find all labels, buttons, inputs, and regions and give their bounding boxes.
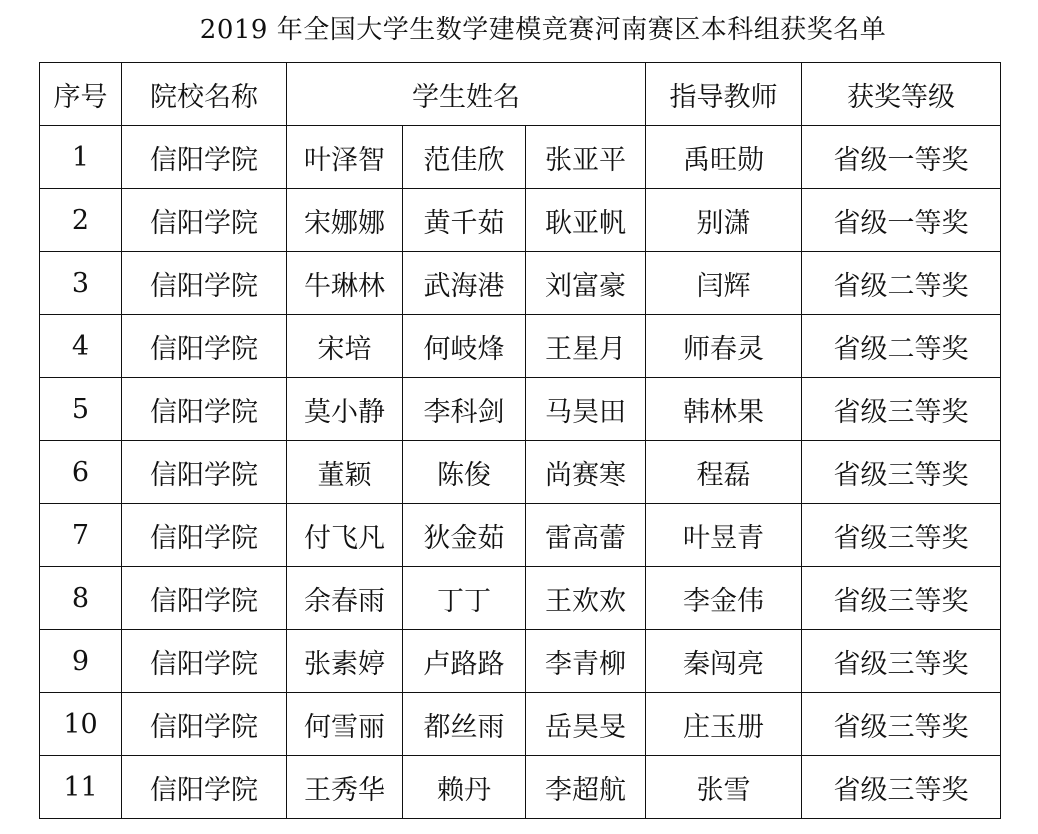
cell-student-3: 李超航: [526, 756, 646, 819]
cell-teacher: 庄玉册: [646, 693, 802, 756]
cell-student-2: 都丝雨: [403, 693, 526, 756]
table-row: 2 信阳学院 宋娜娜 黄千茹 耿亚帆 别潇 省级一等奖: [40, 189, 1001, 252]
table-row: 6 信阳学院 董颖 陈俊 尚赛寒 程磊 省级三等奖: [40, 441, 1001, 504]
cell-school: 信阳学院: [122, 252, 287, 315]
cell-no: 8: [40, 567, 122, 630]
cell-student-1: 余春雨: [287, 567, 403, 630]
cell-school: 信阳学院: [122, 378, 287, 441]
cell-award: 省级三等奖: [802, 378, 1001, 441]
cell-no: 9: [40, 630, 122, 693]
cell-student-2: 赖丹: [403, 756, 526, 819]
cell-teacher: 闫辉: [646, 252, 802, 315]
cell-student-3: 王星月: [526, 315, 646, 378]
cell-teacher: 别潇: [646, 189, 802, 252]
cell-student-1: 莫小静: [287, 378, 403, 441]
cell-award: 省级二等奖: [802, 315, 1001, 378]
cell-teacher: 叶昱青: [646, 504, 802, 567]
cell-award: 省级二等奖: [802, 252, 1001, 315]
cell-student-2: 李科剑: [403, 378, 526, 441]
table-row: 5 信阳学院 莫小静 李科剑 马昊田 韩林果 省级三等奖: [40, 378, 1001, 441]
cell-student-1: 叶泽智: [287, 126, 403, 189]
cell-award: 省级三等奖: [802, 567, 1001, 630]
table-row: 11 信阳学院 王秀华 赖丹 李超航 张雪 省级三等奖: [40, 756, 1001, 819]
cell-student-2: 狄金茹: [403, 504, 526, 567]
cell-student-3: 王欢欢: [526, 567, 646, 630]
cell-student-1: 王秀华: [287, 756, 403, 819]
cell-student-2: 卢路路: [403, 630, 526, 693]
cell-award: 省级三等奖: [802, 693, 1001, 756]
cell-student-1: 付飞凡: [287, 504, 403, 567]
cell-student-1: 宋娜娜: [287, 189, 403, 252]
cell-student-1: 何雪丽: [287, 693, 403, 756]
cell-student-3: 耿亚帆: [526, 189, 646, 252]
table-row: 3 信阳学院 牛琳林 武海港 刘富豪 闫辉 省级二等奖: [40, 252, 1001, 315]
cell-teacher: 师春灵: [646, 315, 802, 378]
cell-no: 3: [40, 252, 122, 315]
header-school: 院校名称: [122, 63, 287, 126]
cell-student-3: 张亚平: [526, 126, 646, 189]
cell-no: 2: [40, 189, 122, 252]
cell-student-3: 刘富豪: [526, 252, 646, 315]
cell-student-2: 何岐烽: [403, 315, 526, 378]
document-title: 2019 年全国大学生数学建模竞赛河南赛区本科组获奖名单: [0, 12, 1038, 48]
cell-student-2: 黄千茹: [403, 189, 526, 252]
cell-school: 信阳学院: [122, 630, 287, 693]
cell-school: 信阳学院: [122, 756, 287, 819]
cell-teacher: 李金伟: [646, 567, 802, 630]
cell-student-1: 董颖: [287, 441, 403, 504]
cell-award: 省级三等奖: [802, 441, 1001, 504]
cell-teacher: 张雪: [646, 756, 802, 819]
cell-teacher: 秦闯亮: [646, 630, 802, 693]
cell-student-1: 宋培: [287, 315, 403, 378]
header-award: 获奖等级: [802, 63, 1001, 126]
cell-student-1: 张素婷: [287, 630, 403, 693]
cell-award: 省级三等奖: [802, 504, 1001, 567]
cell-student-2: 陈俊: [403, 441, 526, 504]
header-no: 序号: [40, 63, 122, 126]
cell-award: 省级三等奖: [802, 630, 1001, 693]
cell-student-2: 丁丁: [403, 567, 526, 630]
table-row: 8 信阳学院 余春雨 丁丁 王欢欢 李金伟 省级三等奖: [40, 567, 1001, 630]
cell-student-1: 牛琳林: [287, 252, 403, 315]
cell-student-2: 范佳欣: [403, 126, 526, 189]
table-header-row: 序号 院校名称 学生姓名 指导教师 获奖等级: [40, 63, 1001, 126]
cell-school: 信阳学院: [122, 504, 287, 567]
cell-no: 1: [40, 126, 122, 189]
award-list-table: 序号 院校名称 学生姓名 指导教师 获奖等级 1 信阳学院 叶泽智 范佳欣 张亚…: [39, 62, 1001, 819]
table-row: 1 信阳学院 叶泽智 范佳欣 张亚平 禹旺勋 省级一等奖: [40, 126, 1001, 189]
cell-school: 信阳学院: [122, 441, 287, 504]
cell-student-3: 尚赛寒: [526, 441, 646, 504]
table-row: 7 信阳学院 付飞凡 狄金茹 雷高蕾 叶昱青 省级三等奖: [40, 504, 1001, 567]
header-teacher: 指导教师: [646, 63, 802, 126]
cell-school: 信阳学院: [122, 315, 287, 378]
cell-student-3: 岳昊旻: [526, 693, 646, 756]
cell-student-3: 雷高蕾: [526, 504, 646, 567]
cell-no: 4: [40, 315, 122, 378]
cell-no: 7: [40, 504, 122, 567]
cell-teacher: 禹旺勋: [646, 126, 802, 189]
cell-teacher: 韩林果: [646, 378, 802, 441]
cell-award: 省级一等奖: [802, 126, 1001, 189]
cell-no: 5: [40, 378, 122, 441]
cell-student-2: 武海港: [403, 252, 526, 315]
cell-student-3: 马昊田: [526, 378, 646, 441]
cell-school: 信阳学院: [122, 189, 287, 252]
cell-teacher: 程磊: [646, 441, 802, 504]
header-students: 学生姓名: [287, 63, 646, 126]
cell-student-3: 李青柳: [526, 630, 646, 693]
table-row: 4 信阳学院 宋培 何岐烽 王星月 师春灵 省级二等奖: [40, 315, 1001, 378]
cell-no: 10: [40, 693, 122, 756]
cell-school: 信阳学院: [122, 126, 287, 189]
cell-no: 6: [40, 441, 122, 504]
cell-school: 信阳学院: [122, 693, 287, 756]
cell-award: 省级三等奖: [802, 756, 1001, 819]
cell-award: 省级一等奖: [802, 189, 1001, 252]
table-row: 10 信阳学院 何雪丽 都丝雨 岳昊旻 庄玉册 省级三等奖: [40, 693, 1001, 756]
cell-school: 信阳学院: [122, 567, 287, 630]
table-row: 9 信阳学院 张素婷 卢路路 李青柳 秦闯亮 省级三等奖: [40, 630, 1001, 693]
cell-no: 11: [40, 756, 122, 819]
